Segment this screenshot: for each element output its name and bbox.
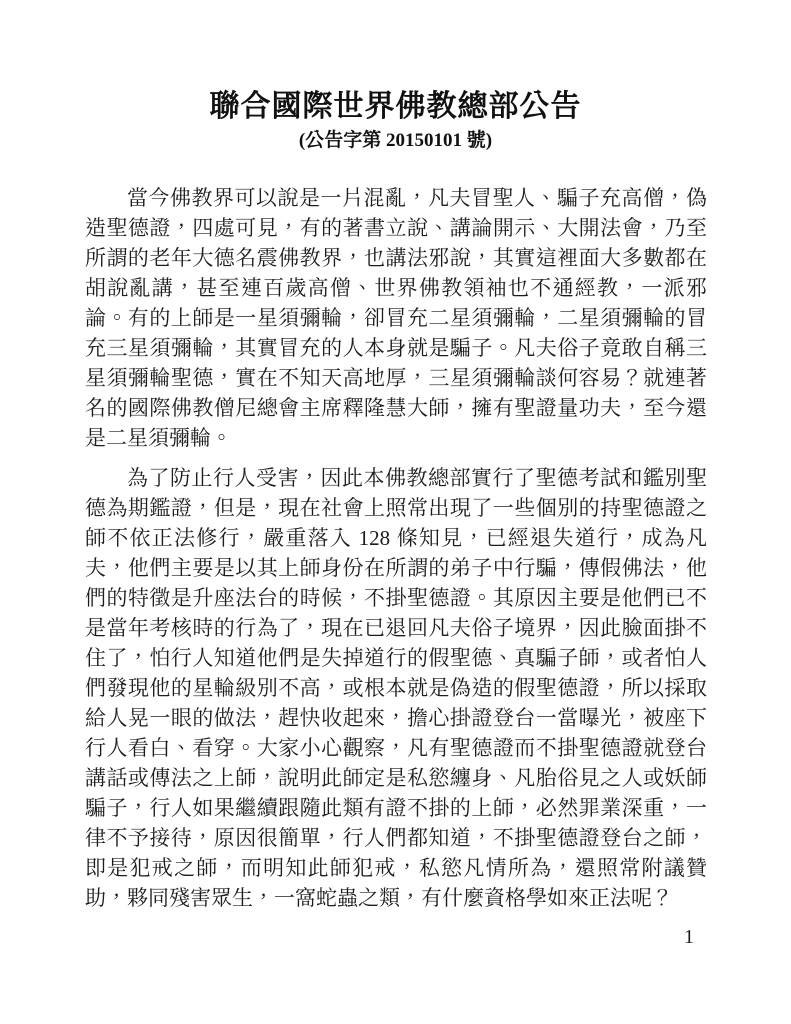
document-page: 聯合國際世界佛教總部公告 (公告字第 20150101 號) 當今佛教界可以說是… bbox=[0, 0, 791, 1024]
page-number: 1 bbox=[684, 925, 694, 949]
document-title: 聯合國際世界佛教總部公告 bbox=[0, 0, 791, 124]
document-subtitle: (公告字第 20150101 號) bbox=[0, 129, 791, 152]
paragraph-2: 為了防止行人受害，因此本佛教總部實行了聖德考試和鑑別聖德為期鑑證，但是，現在社會… bbox=[85, 463, 707, 913]
paragraph-1: 當今佛教界可以說是一片混亂，凡夫冒聖人、騙子充高僧，偽造聖德證，四處可見，有的著… bbox=[85, 183, 707, 453]
document-body: 當今佛教界可以說是一片混亂，凡夫冒聖人、騙子充高僧，偽造聖德證，四處可見，有的著… bbox=[85, 183, 707, 913]
